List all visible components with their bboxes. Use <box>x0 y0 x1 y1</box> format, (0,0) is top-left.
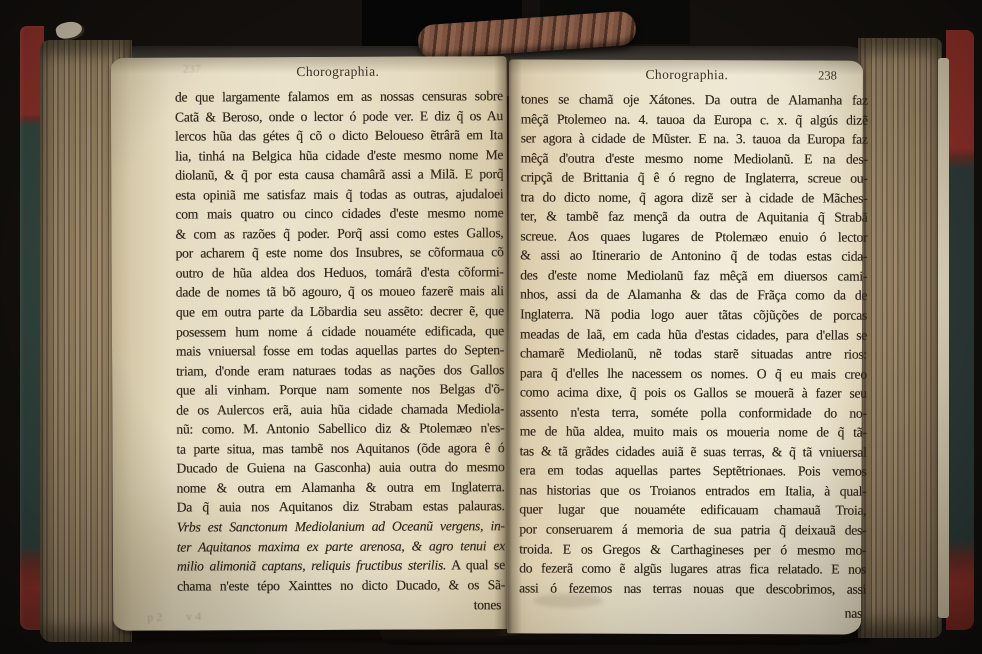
text-line: meadas de laã, em cada hũa d'estas cidad… <box>520 324 867 345</box>
text-line: diolanũ, & q̃ por esta causa chamârã ass… <box>175 164 503 185</box>
left-page-header-row: 237 Chorographia. <box>111 56 507 82</box>
right-board-cover <box>946 30 974 630</box>
text-line: de que largamente falamos em as nossas c… <box>175 86 503 107</box>
text-line: lia, tinhá na Belgica hũa cidade d'este … <box>175 145 503 166</box>
text-line: ter Aquitanos maxima ex parte arenosa, &… <box>177 536 505 557</box>
text-line: ta parte situa, mas tambẽ nos Aquitanos … <box>176 438 504 459</box>
text-line: ser agora à cidade de Mũster. E na. 3. t… <box>521 129 868 150</box>
text-line: outro de hũa aldea dos Heduos, tomárã d'… <box>176 262 504 283</box>
text-line: chama n'este tépo Xainttes no dicto Duca… <box>177 575 505 596</box>
text-line: milio alimoniã captans, reliquis fructib… <box>177 555 505 576</box>
text-line: por acharem q̃ este nome dos Insubres, s… <box>176 243 504 264</box>
text-line: chamarẽ Mediolanũ, nẽ todas starẽ situad… <box>520 344 867 365</box>
text-line: des d'este nome Mediolanũ faz mêçã em di… <box>520 265 867 286</box>
running-header-right: Chorographia. <box>521 66 853 83</box>
text-line: & com as razões q̃ poder. Porq̃ assi com… <box>175 223 503 244</box>
text-line: por conseruarem á memoria de sua patria … <box>519 519 866 540</box>
endband-tassel <box>54 19 83 41</box>
show-through-mark: p 2 v 4 <box>147 609 201 625</box>
text-line: nhos, assi da de Alamanha & das de Frãça… <box>520 285 867 306</box>
text-line: Da q̃ auia nos Aquitanos diz Strabam est… <box>177 497 505 518</box>
book-photograph: 237 Chorographia. de que largamente fala… <box>0 0 982 654</box>
text-line: Catã & Beroso, onde o lector ó pode ver.… <box>175 106 503 127</box>
text-line: para q̃ d'elles lhe nacessem os nomes. O… <box>520 363 867 384</box>
text-line: com mais quatro ou cinco cidades d'este … <box>175 203 503 224</box>
text-line: tones se chamã oje Xátones. Da outra de … <box>521 89 868 110</box>
text-line: esta opiniã me satisfaz mais q̃ todas as… <box>175 184 503 205</box>
text-line: dade de nomes tã bõ agouro, q̃ os moueo … <box>176 282 504 303</box>
text-line: assento n'esta terra, sométe polla confo… <box>520 402 867 423</box>
right-fore-edge-pages <box>858 38 942 638</box>
text-line: me de hũa aldea, muito mais os moueria n… <box>520 422 867 443</box>
text-line: era em todas aquellas partes Septẽtriona… <box>520 461 867 482</box>
text-line: mais vniuersal fosse em todas aquellas p… <box>176 340 504 361</box>
text-line: & assi ao Itinerario de Antonino q̃ de t… <box>520 246 867 267</box>
text-line: que ali vinham. Porque nam somente nos B… <box>176 379 504 400</box>
text-line: nas historias que os Troianos entrados e… <box>519 480 866 501</box>
text-line: ter, & tambẽ faz mençã da outra de Aquit… <box>520 207 867 228</box>
text-line: que em outra parte da Lõbardia seu assẽt… <box>176 301 504 322</box>
text-line: posessem hum nome á cidade nouaméte edif… <box>176 321 504 342</box>
text-line: nome & outra em Alamanha & outra em Ingl… <box>177 477 505 498</box>
text-line: mêçã d'outra d'este mesmo nome Mediolanũ… <box>521 148 868 169</box>
text-line: Vrbs est Sanctonum Mediolanium ad Oceanũ… <box>177 516 505 537</box>
right-page: Chorographia. 238 tones se chamã oje Xát… <box>507 59 863 634</box>
left-catchword-row: tones <box>177 594 505 616</box>
text-line: troida. E os Gregos & Carthagineses per … <box>519 539 866 560</box>
running-header-left: Chorographia. <box>175 63 501 80</box>
text-line: Ducado de Guiena na Gasconha) auia outra… <box>177 458 505 479</box>
catchword-left: tones <box>177 595 505 616</box>
left-text-block: de que largamente falamos em as nossas c… <box>175 86 505 596</box>
text-line: cripçã de Brittania q̃ ê ó regno de Ingl… <box>521 168 868 189</box>
text-line: mêçã Ptolemeo na. 4. tauoa da Europa c. … <box>521 109 868 130</box>
right-folio-number: 238 <box>818 68 837 83</box>
ink-smudge <box>533 593 603 607</box>
left-page: 237 Chorographia. de que largamente fala… <box>111 56 509 631</box>
text-line: nũ: como. M. Antonio Sabellico diz & Pto… <box>176 418 504 439</box>
text-line: lercos hũa das gétes q̃ cõ o dicto Belou… <box>175 125 503 146</box>
text-line: do fezerã como ẽ algũs lugares atras fic… <box>519 559 866 580</box>
text-line: screue. Aos quaes lugares de Ptolemæo en… <box>520 226 867 247</box>
text-line: tas & tã grãdes cidades auiã ẽ suas terr… <box>520 441 867 462</box>
text-line: de os Aulercos erã, auia hũa cidade cham… <box>176 399 504 420</box>
text-line: como acima dixe, q̃ pois os Gallos se mo… <box>520 383 867 404</box>
text-line: triam, d'onde eram naturaes todas as naç… <box>176 360 504 381</box>
right-text-block: tones se chamã oje Xátones. Da outra de … <box>519 89 868 598</box>
text-line: tra do dicto nome, q̃ agora dizẽ ser à c… <box>520 187 867 208</box>
flyleaf-edge <box>938 58 949 618</box>
right-page-header-row: Chorographia. 238 <box>509 59 863 84</box>
text-line: Inglaterra. Nã podia logo auer tãtas cõj… <box>520 304 867 325</box>
text-line: quer lugar que nouaméte edificauam chama… <box>519 500 866 521</box>
